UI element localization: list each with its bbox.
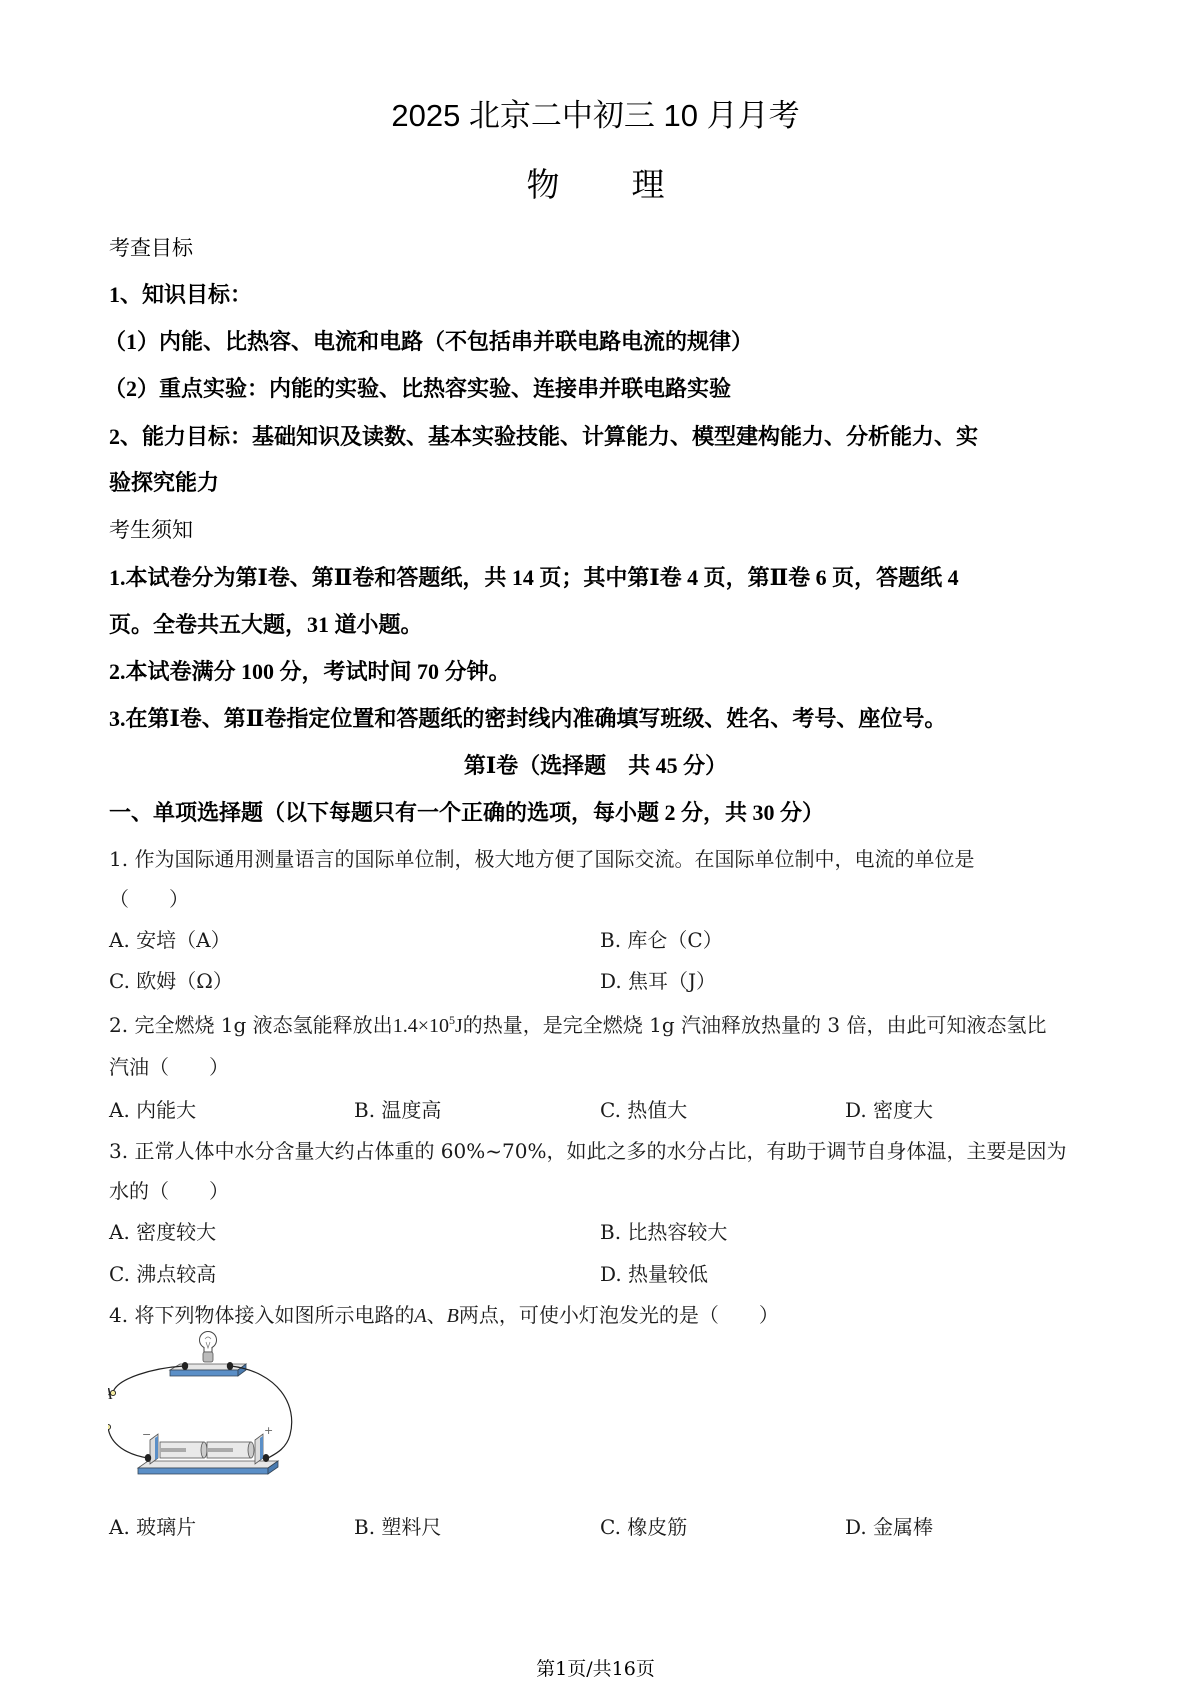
question-4-stem-pre: 4. 将下列物体接入如图所示电路的 [109,1303,414,1327]
battery-terminal-positive [263,1454,269,1462]
notice-item-1: 1.本试卷分为第Ⅰ卷、第Ⅱ卷和答题纸，共 14 页；其中第Ⅰ卷 4 页，第Ⅱ卷 … [109,567,959,589]
question-2-option-b[interactable]: B. 温度高 [354,1100,441,1120]
knowledge-objective-label: 1、知识目标： [109,284,252,306]
question-3-stem-cont: 水的（ ） [109,1181,229,1201]
heat-value-formula: 1.4×105J [393,1015,463,1037]
question-1-option-b[interactable]: B. 库仑（C） [600,930,723,950]
subject-char-2: 理 [632,168,665,201]
question-3-option-b[interactable]: B. 比热容较大 [600,1222,727,1242]
question-4-stem-post: 两点，可使小灯泡发光的是（ ） [459,1303,779,1327]
question-4-option-c[interactable]: C. 橡皮筋 [600,1517,687,1537]
question-2-option-a[interactable]: A. 内能大 [109,1100,196,1120]
clip-edge [260,1436,263,1460]
question-1-stem: 1. 作为国际通用测量语言的国际单位制，极大地方便了国际交流。在国际单位制中，电… [109,849,974,869]
label-a: A [108,1384,113,1403]
question-2-option-c[interactable]: C. 热值大 [600,1100,687,1120]
question-1-stem-cont: （ ） [109,889,189,909]
light-bulb-icon [200,1332,217,1363]
battery-cell-1-icon [160,1442,207,1458]
knowledge-item-1: （1）内能、比热容、电流和电路（不包括串并联电路电流的规律） [104,331,753,353]
question-4-option-b[interactable]: B. 塑料尺 [354,1517,441,1537]
ability-objective-line2: 验探究能力 [109,472,219,494]
objectives-heading: 考查目标 [109,238,193,259]
question-4-stem: 4. 将下列物体接入如图所示电路的A、B两点，可使小灯泡发光的是（ ） [109,1305,779,1326]
question-4-option-d[interactable]: D. 金属棒 [845,1517,933,1537]
circuit-diagram: A B − + [108,1330,308,1495]
plus-sign: + [264,1424,273,1437]
separator: 、 [427,1303,447,1327]
exam-title: 2025 北京二中初三 10 月月考 [0,100,1191,131]
subject-title: 物理 [0,168,1191,201]
question-2-stem-cont: 汽油（ ） [109,1057,229,1077]
question-2-stem: 2. 完全燃烧 1g 液态氢能释放出1.4×105J的热量，是完全燃烧 1g 汽… [109,1014,1046,1036]
question-3-stem: 3. 正常人体中水分含量大约占体重的 60%~70%，如此之多的水分占比，有助于… [109,1141,1066,1161]
clip-edge [155,1436,158,1460]
knowledge-item-2: （2）重点实验：内能的实验、比热容实验、连接串并联电路实验 [104,378,731,400]
question-3-option-c[interactable]: C. 沸点较高 [109,1264,216,1284]
point-b-label: B [447,1305,459,1327]
question-1-option-d[interactable]: D. 焦耳（J） [600,971,716,991]
formula-unit: J [455,1015,463,1037]
subject-char-1: 物 [527,168,560,201]
question-3-option-d[interactable]: D. 热量较低 [600,1264,708,1284]
formula-base: 1.4×10 [393,1015,449,1037]
circuit-svg: A B − + [108,1330,308,1495]
volume-title: 第Ⅰ卷（选择题 共 45 分） [0,755,1191,777]
question-1-option-a[interactable]: A. 安培（A） [109,930,231,950]
point-a-label: A [414,1305,426,1327]
question-1-option-c[interactable]: C. 欧姆（Ω） [109,971,233,991]
battery-cell-2-icon [207,1442,254,1458]
question-3-option-a[interactable]: A. 密度较大 [109,1222,216,1242]
question-2-option-d[interactable]: D. 密度大 [845,1100,933,1120]
notice-item-2: 2.本试卷满分 100 分，考试时间 70 分钟。 [109,661,511,683]
page-number: 第1页/共16页 [0,1660,1191,1679]
question-2-stem-post: 的热量，是完全燃烧 1g 汽油释放热量的 3 倍，由此可知液态氢比 [463,1013,1047,1037]
battery-terminal-negative [145,1454,151,1462]
part-title: 一、单项选择题（以下每题只有一个正确的选项，每小题 2 分，共 30 分） [109,802,824,824]
notice-item-3: 3.在第Ⅰ卷、第Ⅱ卷指定位置和答题纸的密封线内准确填写班级、姓名、考号、座位号。 [109,708,946,730]
question-4-option-a[interactable]: A. 玻璃片 [109,1517,196,1537]
question-2-stem-pre: 2. 完全燃烧 1g 液态氢能释放出 [109,1013,393,1037]
notice-heading: 考生须知 [109,520,193,541]
minus-sign: − [142,1428,151,1441]
ability-objective-line1: 2、能力目标：基础知识及读数、基本实验技能、计算能力、模型建构能力、分析能力、实 [109,426,978,448]
notice-item-1-cont: 页。全卷共五大题，31 道小题。 [109,614,423,636]
